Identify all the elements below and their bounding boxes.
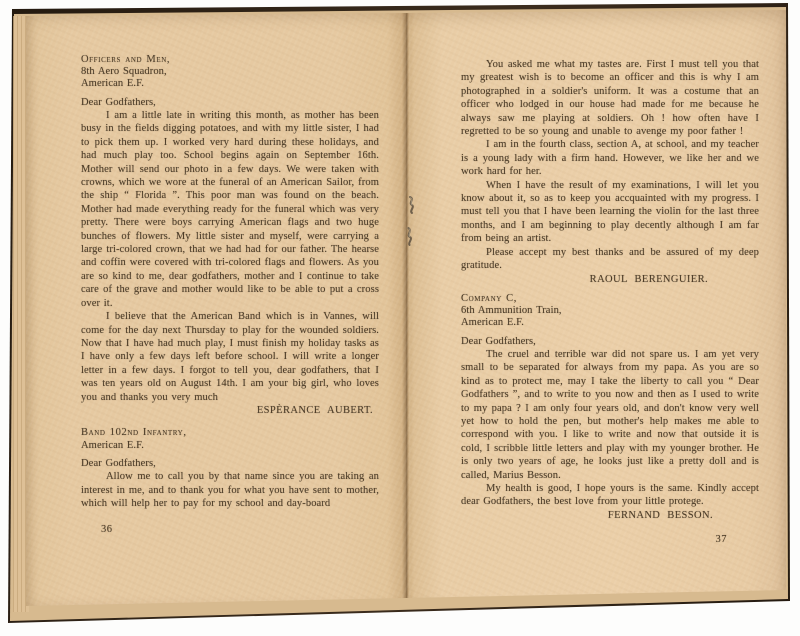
address-line: American E.F. [81, 440, 379, 452]
address-line: American E.F. [461, 317, 759, 329]
letter-salutation: Dear Godfathers, [461, 335, 759, 348]
page-number: 36 [81, 523, 379, 536]
letter-salutation: Dear Godfathers, [81, 457, 379, 470]
spine-crease [402, 10, 411, 610]
letter-paragraph: When I have the result of my examination… [461, 179, 759, 246]
letter-signature: FERNAND BESSON. [461, 509, 713, 522]
letter-paragraph: Please accept my best thanks and be assu… [461, 246, 759, 273]
open-book: Officers and Men, 8th Aero Squadron, Ame… [6, 2, 794, 632]
letter-address: Officers and Men, 8th Aero Squadron, Ame… [81, 54, 379, 91]
left-page-text: Officers and Men, 8th Aero Squadron, Ame… [81, 54, 379, 537]
address-line: Band 102nd Infantry, [81, 427, 379, 439]
letter-signature: ESPÈRANCE AUBERT. [81, 404, 373, 417]
letter-paragraph: My health is good, I hope yours is the s… [461, 482, 759, 509]
address-line: Company C, [461, 293, 759, 305]
scanned-book-photo: Officers and Men, 8th Aero Squadron, Ame… [0, 0, 800, 636]
letter-paragraph: Allow me to call you by that name since … [81, 470, 379, 510]
letter-paragraph: I believe that the American Band which i… [81, 310, 379, 404]
letter-signature: RAOUL BERENGUIER. [461, 273, 708, 286]
right-page-text: You asked me what my tastes are. First I… [461, 58, 759, 547]
letter-address: Band 102nd Infantry, American E.F. [81, 427, 379, 451]
address-line: 8th Aero Squadron, [81, 66, 379, 78]
address-line: 6th Ammunition Train, [461, 305, 759, 317]
letter-paragraph: I am in the fourth class, section A, at … [461, 138, 759, 178]
letter-paragraph: The cruel and terrible war did not spare… [461, 348, 759, 482]
page-number: 37 [461, 533, 727, 546]
letter-address: Company C, 6th Ammunition Train, America… [461, 293, 759, 330]
address-line: Officers and Men, [81, 54, 379, 66]
open-spread: Officers and Men, 8th Aero Squadron, Ame… [26, 10, 786, 610]
letter-salutation: Dear Godfathers, [81, 96, 379, 109]
address-line: American E.F. [81, 78, 379, 90]
staple-icon [403, 227, 415, 247]
letter-paragraph: I am a little late in writing this month… [81, 109, 379, 310]
staple-icon [406, 196, 417, 215]
letter-paragraph: You asked me what my tastes are. First I… [461, 58, 759, 138]
